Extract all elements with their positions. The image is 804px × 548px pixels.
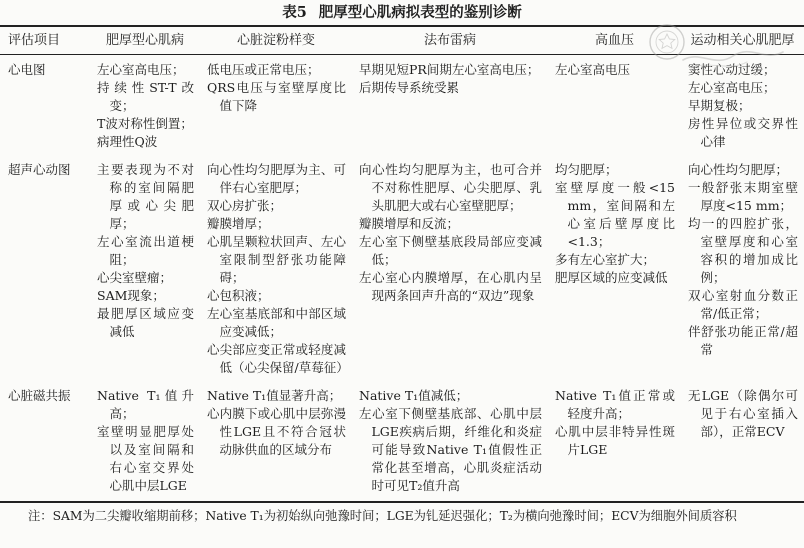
- cell-text: 左心室下侧壁基底段局部应变减低；: [359, 233, 542, 269]
- cell-text: 均匀肥厚；: [555, 161, 675, 179]
- cell-text: T波对称性倒置；: [97, 115, 194, 133]
- table-number: 表5: [282, 4, 307, 21]
- table-footnote: 注：SAM为二尖瓣收缩期前移；Native T₁为初始纵向弛豫时间；LGE为钆延…: [0, 503, 804, 525]
- cell-athlete-heart: 无LGE（除偶尔可见于右心室插入部），正常ECV: [681, 387, 804, 495]
- cell-text: 窦性心动过缓；: [688, 61, 798, 79]
- row-label: 心电图: [0, 61, 90, 151]
- cell-text: 左心室高电压；: [97, 61, 194, 79]
- cell-athlete-heart: 向心性均匀肥厚；一般舒张末期室壁厚度<15 mm；均一的四腔扩张，室壁厚度和心室…: [681, 161, 804, 377]
- cell-text: 无LGE（除偶尔可见于右心室插入部），正常ECV: [688, 387, 798, 441]
- cell-text: 早期见短PR间期左心室高电压；: [359, 61, 542, 79]
- cell-text: 双心房扩张；: [207, 197, 346, 215]
- cell-amyloidosis: Native T₁值显著升高；心内膜下或心肌中层弥漫性LGE且不符合冠状动脉供血…: [200, 387, 352, 495]
- cell-athlete-heart: 窦性心动过缓；左心室高电压；早期复极；房性异位或交界性心律: [681, 61, 804, 151]
- cell-text: SAM现象；: [97, 287, 194, 305]
- table-title: 表5肥厚型心肌病拟表型的鉴别诊断: [0, 3, 804, 22]
- table-header-row: 评估项目 肥厚型心肌病 心脏淀粉样变 法布雷病 高血压 运动相关心肌肥厚: [0, 25, 804, 55]
- cell-text: 伴舒张功能正常/超常: [688, 323, 798, 359]
- cell-text: 向心性均匀肥厚为主、可伴右心室肥厚；: [207, 161, 346, 197]
- cell-text: 心包积液；: [207, 287, 346, 305]
- cell-text: 房性异位或交界性心律: [688, 115, 798, 151]
- row-label: 心脏磁共振: [0, 387, 90, 495]
- cell-text: 最肥厚区域应变减低: [97, 305, 194, 341]
- cell-text: Native T₁值显著升高；: [207, 387, 346, 405]
- column-header-item: 评估项目: [0, 32, 90, 50]
- cell-text: 一般舒张末期室壁厚度<15 mm；: [688, 179, 798, 215]
- cell-fabry: 向心性均匀肥厚为主，也可合并不对称性肥厚、心尖肥厚、乳头肌肥大或右心室壁肥厚；瓣…: [352, 161, 548, 377]
- cell-text: 心肌呈颗粒状回声、左心室限制型舒张功能障碍；: [207, 233, 346, 287]
- cell-text: 持续性ST-T改变；: [97, 79, 194, 115]
- cell-text: 多有左心室扩大；: [555, 251, 675, 269]
- cell-text: 病理性Q波: [97, 133, 194, 151]
- cell-text: 室壁明显肥厚处以及室间隔和右心室交界处心肌中层LGE: [97, 423, 194, 495]
- cell-text: Native T₁值减低；: [359, 387, 542, 405]
- cell-hypertension: Native T₁值正常或轻度升高；心肌中层非特异性斑片LGE: [548, 387, 681, 495]
- cell-hcm: 左心室高电压；持续性ST-T改变；T波对称性倒置；病理性Q波: [90, 61, 200, 151]
- column-header-hcm: 肥厚型心肌病: [90, 32, 200, 50]
- cell-text: 瓣膜增厚；: [207, 215, 346, 233]
- paper-page: 表5肥厚型心肌病拟表型的鉴别诊断 评估项目 肥厚型心肌病 心脏淀粉样变 法布雷病…: [0, 0, 804, 548]
- cell-hypertension: 左心室高电压: [548, 61, 681, 151]
- cell-hypertension: 均匀肥厚；室壁厚度一般<15 mm，室间隔和左心室后壁厚度比<1.3；多有左心室…: [548, 161, 681, 377]
- table-row-ecg: 心电图 左心室高电压；持续性ST-T改变；T波对称性倒置；病理性Q波 低电压或正…: [0, 55, 804, 155]
- cell-hcm: Native T₁值升高；室壁明显肥厚处以及室间隔和右心室交界处心肌中层LGE: [90, 387, 200, 495]
- cell-text: 主要表现为不对称的室间隔肥厚或心尖肥厚；: [97, 161, 194, 233]
- cell-fabry: 早期见短PR间期左心室高电压；后期传导系统受累: [352, 61, 548, 151]
- cell-text: 早期复极；: [688, 97, 798, 115]
- column-header-amyloidosis: 心脏淀粉样变: [200, 32, 352, 50]
- table-title-text: 肥厚型心肌病拟表型的鉴别诊断: [319, 4, 522, 21]
- cell-text: 左心室高电压: [555, 61, 675, 79]
- cell-text: 心尖室壁瘤；: [97, 269, 194, 287]
- cell-text: 左心室流出道梗阻；: [97, 233, 194, 269]
- cell-text: 双心室射血分数正常/低正常；: [688, 287, 798, 323]
- cell-text: 左心室高电压；: [688, 79, 798, 97]
- cell-text: 心肌中层非特异性斑片LGE: [555, 423, 675, 459]
- cell-text: 左心室下侧壁基底部、心肌中层LGE疾病后期，纤维化和炎症可能导致Native T…: [359, 405, 542, 495]
- column-header-fabry: 法布雷病: [352, 32, 548, 50]
- column-header-athlete-heart: 运动相关心肌肥厚: [681, 32, 804, 50]
- cell-text: Native T₁值升高；: [97, 387, 194, 423]
- cell-text: 向心性均匀肥厚；: [688, 161, 798, 179]
- table-row-echo: 超声心动图 主要表现为不对称的室间隔肥厚或心尖肥厚；左心室流出道梗阻；心尖室壁瘤…: [0, 155, 804, 381]
- column-header-hypertension: 高血压: [548, 32, 681, 50]
- cell-text: 后期传导系统受累: [359, 79, 542, 97]
- cell-text: 肥厚区域的应变减低: [555, 269, 675, 287]
- cell-text: 低电压或正常电压；: [207, 61, 346, 79]
- cell-text: 均一的四腔扩张，室壁厚度和心室容积的增加成比例；: [688, 215, 798, 287]
- cell-text: 向心性均匀肥厚为主，也可合并不对称性肥厚、心尖肥厚、乳头肌肥大或右心室壁肥厚；: [359, 161, 542, 215]
- cell-text: 心尖部应变正常或轻度减低（心尖保留/草莓征）: [207, 341, 346, 377]
- cell-text: 瓣膜增厚和反流；: [359, 215, 542, 233]
- cell-text: 左心室基底部和中部区域应变减低；: [207, 305, 346, 341]
- cell-text: 心内膜下或心肌中层弥漫性LGE且不符合冠状动脉供血的区域分布: [207, 405, 346, 459]
- cell-text: Native T₁值正常或轻度升高；: [555, 387, 675, 423]
- table-row-cmr: 心脏磁共振 Native T₁值升高；室壁明显肥厚处以及室间隔和右心室交界处心肌…: [0, 381, 804, 499]
- cell-amyloidosis: 低电压或正常电压；QRS电压与室壁厚度比值下降: [200, 61, 352, 151]
- cell-text: 左心室心内膜增厚，在心肌内呈现两条回声升高的“双边”现象: [359, 269, 542, 305]
- row-label: 超声心动图: [0, 161, 90, 377]
- cell-text: 室壁厚度一般<15 mm，室间隔和左心室后壁厚度比<1.3；: [555, 179, 675, 251]
- cell-text: QRS电压与室壁厚度比值下降: [207, 79, 346, 115]
- cell-hcm: 主要表现为不对称的室间隔肥厚或心尖肥厚；左心室流出道梗阻；心尖室壁瘤；SAM现象…: [90, 161, 200, 377]
- cell-fabry: Native T₁值减低；左心室下侧壁基底部、心肌中层LGE疾病后期，纤维化和炎…: [352, 387, 548, 495]
- cell-amyloidosis: 向心性均匀肥厚为主、可伴右心室肥厚；双心房扩张；瓣膜增厚；心肌呈颗粒状回声、左心…: [200, 161, 352, 377]
